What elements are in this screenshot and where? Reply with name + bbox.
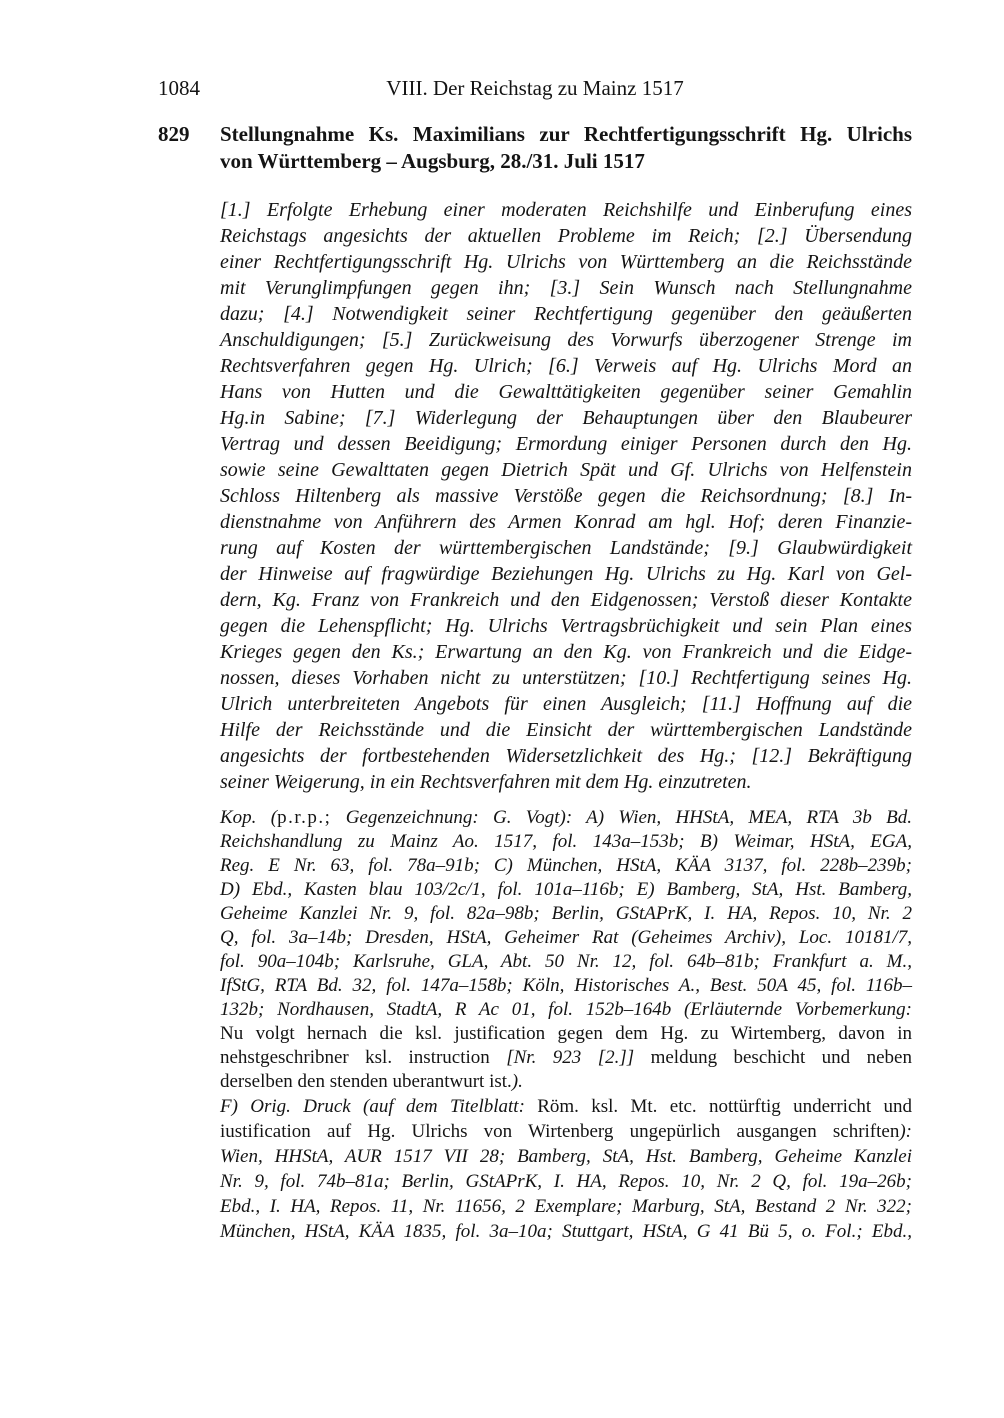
text-segment: F) Orig. Druck (auf dem Titelblatt:: [220, 1096, 537, 1117]
text-segment: Ulrich unterbreiteten Angebots für einen…: [220, 693, 912, 715]
text-segment: dazu; [4.] Notwendigkeit seiner Rechtfer…: [220, 303, 912, 325]
text-segment: nossen, dieses Vorhaben nicht zu unterst…: [220, 667, 912, 689]
text-line: sowie seine Gewalttaten gegen Dietrich S…: [220, 457, 912, 483]
text-line: Reg. E Nr. 63, fol. 78a–91b; C) München,…: [220, 854, 912, 878]
text-line: Reichshandlung zu Mainz Ao. 1517, fol. 1…: [220, 830, 912, 854]
text-segment: Hg.in Sabine; [7.] Widerlegung der Behau…: [220, 407, 912, 429]
text-line: nossen, dieses Vorhaben nicht zu unterst…: [220, 665, 912, 691]
text-segment: [1.] Erfolgte Erhebung einer moderaten R…: [220, 199, 912, 221]
text-segment: der Hinweise auf fragwürdige Beziehungen…: [220, 563, 912, 585]
text-line: Krieges gegen den Ks.; Erwartung an den …: [220, 639, 912, 665]
text-segment: Reichstags angesichts der aktuellen Prob…: [220, 225, 912, 247]
text-line: München, HStA, KÄA 1835, fol. 3a–10a; St…: [220, 1219, 912, 1244]
text-segment: Reg. E Nr. 63, fol. 78a–91b; C) München,…: [220, 855, 912, 876]
text-line: rung auf Kosten der württembergischen La…: [220, 535, 912, 561]
text-line: Nu volgt hernach die ksl. justification …: [220, 1022, 912, 1046]
text-segment: Schloss Hiltenberg als massive Verstöße …: [220, 485, 912, 507]
text-segment: Nr. 9, fol. 74b–81a; Berlin, GStAPrK, I.…: [220, 1171, 912, 1192]
text-segment: Reichshandlung zu Mainz Ao. 1517, fol. 1…: [220, 831, 912, 852]
text-line: Rechtsverfahren gegen Hg. Ulrich; [6.] V…: [220, 353, 912, 379]
text-line: Hilfe der Reichsstände und die Einsicht …: [220, 717, 912, 743]
entry-number: 829: [158, 121, 190, 148]
text-line: von Württemberg – Augsburg, 28./31. Juli…: [220, 148, 912, 175]
text-segment: rung auf Kosten der württembergischen La…: [220, 537, 912, 559]
text-line: dienstnahme von Anführern des Armen Konr…: [220, 509, 912, 535]
text-line: Wien, HHStA, AUR 1517 VII 28; Bamberg, S…: [220, 1144, 912, 1169]
page-header: 1084 VIII. Der Reichstag zu Mainz 1517: [158, 75, 912, 101]
text-segment: von Württemberg – Augsburg, 28./31. Juli…: [220, 149, 645, 173]
text-line: dern, Kg. Franz von Frankreich und den E…: [220, 587, 912, 613]
text-segment: Stellungnahme Ks. Maximilians zur Rechtf…: [220, 122, 912, 146]
entry-summary: [1.] Erfolgte Erhebung einer moderaten R…: [220, 197, 912, 795]
text-line: Anschuldigungen; [5.] Zurückweisung des …: [220, 327, 912, 353]
text-segment: Ebd., I. HA, Repos. 11, Nr. 11656, 2 Exe…: [220, 1196, 912, 1217]
text-segment: Röm. ksl. Mt. etc. nottürftig underricht…: [537, 1096, 912, 1117]
text-line: Q, fol. 3a–14b; Dresden, HStA, Geheimer …: [220, 926, 912, 950]
text-segment: Vertrag und dessen Beeidigung; Ermordung…: [220, 433, 912, 455]
text-line: der Hinweise auf fragwürdige Beziehungen…: [220, 561, 912, 587]
text-segment: meldung beschicht und neben: [634, 1047, 912, 1068]
text-line: fol. 90a–104b; Karlsruhe, GLA, Abt. 50 N…: [220, 950, 912, 974]
text-line: [1.] Erfolgte Erhebung einer moderaten R…: [220, 197, 912, 223]
text-line: D) Ebd., Kasten blau 103/2c/1, fol. 101a…: [220, 878, 912, 902]
text-segment: Nu volgt hernach die ksl. justification …: [220, 1023, 912, 1044]
text-segment: seiner Weigerung, in ein Rechtsverfahren…: [220, 771, 752, 793]
text-line: gegen die Lehenspflicht; Hg. Ulrichs Ver…: [220, 613, 912, 639]
text-segment: Gegenzeichnung: G. Vogt): A) Wien, HHStA…: [331, 807, 912, 828]
text-segment: p.r.p.;: [277, 807, 331, 828]
text-segment: Geheime Kanzlei Nr. 9, fol. 82a–98b; Ber…: [220, 903, 912, 924]
text-line: IfStG, RTA Bd. 32, fol. 147a–158b; Köln,…: [220, 974, 912, 998]
print-note: F) Orig. Druck (auf dem Titelblatt: Röm.…: [220, 1094, 912, 1244]
text-segment: derselben den stenden uberantwurt ist.: [220, 1071, 512, 1092]
text-segment: Q, fol. 3a–14b; Dresden, HStA, Geheimer …: [220, 927, 912, 948]
text-line: nehstgeschribner ksl. instruction [Nr. 9…: [220, 1046, 912, 1070]
text-segment: ).: [512, 1071, 523, 1092]
text-segment: dern, Kg. Franz von Frankreich und den E…: [220, 589, 912, 611]
text-segment: gegen die Lehenspflicht; Hg. Ulrichs Ver…: [220, 615, 912, 637]
text-line: Ebd., I. HA, Repos. 11, Nr. 11656, 2 Exe…: [220, 1194, 912, 1219]
text-line: Reichstags angesichts der aktuellen Prob…: [220, 223, 912, 249]
text-segment: angesichts der fortbestehenden Widersetz…: [220, 745, 912, 767]
text-segment: iustification auf Hg. Ulrichs von Wirten…: [220, 1121, 899, 1142]
book-page: 1084 VIII. Der Reichstag zu Mainz 1517 8…: [0, 0, 1004, 1418]
text-segment: Krieges gegen den Ks.; Erwartung an den …: [220, 641, 912, 663]
text-line: Stellungnahme Ks. Maximilians zur Rechtf…: [220, 121, 912, 148]
text-segment: dienstnahme von Anführern des Armen Konr…: [220, 511, 912, 533]
running-header-title: VIII. Der Reichstag zu Mainz 1517: [386, 76, 683, 100]
text-segment: nehstgeschribner ksl. instruction: [220, 1047, 506, 1068]
text-line: einer Rechtfertigungsschrift Hg. Ulrichs…: [220, 249, 912, 275]
text-segment: München, HStA, KÄA 1835, fol. 3a–10a; St…: [220, 1221, 912, 1242]
entry-title: Stellungnahme Ks. Maximilians zur Rechtf…: [220, 121, 912, 175]
text-segment: Hilfe der Reichsstände und die Einsicht …: [220, 719, 912, 741]
text-line: Ulrich unterbreiteten Angebots für einen…: [220, 691, 912, 717]
text-line: iustification auf Hg. Ulrichs von Wirten…: [220, 1119, 912, 1144]
text-segment: Hans von Hutten und die Gewalttätigkeite…: [220, 381, 912, 403]
text-segment: D) Ebd., Kasten blau 103/2c/1, fol. 101a…: [220, 879, 912, 900]
text-segment: mit Verunglimpfungen gegen ihn; [3.] Sei…: [220, 277, 912, 299]
text-line: dazu; [4.] Notwendigkeit seiner Rechtfer…: [220, 301, 912, 327]
text-line: derselben den stenden uberantwurt ist.).: [220, 1070, 912, 1094]
text-line: Geheime Kanzlei Nr. 9, fol. 82a–98b; Ber…: [220, 902, 912, 926]
text-segment: Rechtsverfahren gegen Hg. Ulrich; [6.] V…: [220, 355, 912, 377]
text-line: Hg.in Sabine; [7.] Widerlegung der Behau…: [220, 405, 912, 431]
text-segment: einer Rechtfertigungsschrift Hg. Ulrichs…: [220, 251, 912, 273]
text-segment: Kop. (: [220, 807, 277, 828]
text-line: Nr. 9, fol. 74b–81a; Berlin, GStAPrK, I.…: [220, 1169, 912, 1194]
text-segment: fol. 90a–104b; Karlsruhe, GLA, Abt. 50 N…: [220, 951, 912, 972]
text-line: F) Orig. Druck (auf dem Titelblatt: Röm.…: [220, 1094, 912, 1119]
page-number: 1084: [158, 75, 200, 101]
text-line: Vertrag und dessen Beeidigung; Ermordung…: [220, 431, 912, 457]
text-segment: [Nr. 923 [2.]]: [506, 1047, 634, 1068]
text-segment: 132b; Nordhausen, StadtA, R Ac 01, fol. …: [220, 999, 912, 1020]
text-segment: Wien, HHStA, AUR 1517 VII 28; Bamberg, S…: [220, 1146, 912, 1167]
text-line: angesichts der fortbestehenden Widersetz…: [220, 743, 912, 769]
text-line: Hans von Hutten und die Gewalttätigkeite…: [220, 379, 912, 405]
text-line: Schloss Hiltenberg als massive Verstöße …: [220, 483, 912, 509]
text-line: seiner Weigerung, in ein Rechtsverfahren…: [220, 769, 912, 795]
provenance-note: Kop. (p.r.p.; Gegenzeichnung: G. Vogt): …: [220, 806, 912, 1094]
entry-heading: 829 Stellungnahme Ks. Maximilians zur Re…: [158, 121, 912, 175]
text-segment: sowie seine Gewalttaten gegen Dietrich S…: [220, 459, 912, 481]
text-line: Kop. (p.r.p.; Gegenzeichnung: G. Vogt): …: [220, 806, 912, 830]
text-line: 132b; Nordhausen, StadtA, R Ac 01, fol. …: [220, 998, 912, 1022]
text-segment: Anschuldigungen; [5.] Zurückweisung des …: [220, 329, 912, 351]
text-segment: IfStG, RTA Bd. 32, fol. 147a–158b; Köln,…: [220, 975, 912, 996]
text-line: mit Verunglimpfungen gegen ihn; [3.] Sei…: [220, 275, 912, 301]
text-segment: ):: [899, 1121, 912, 1142]
